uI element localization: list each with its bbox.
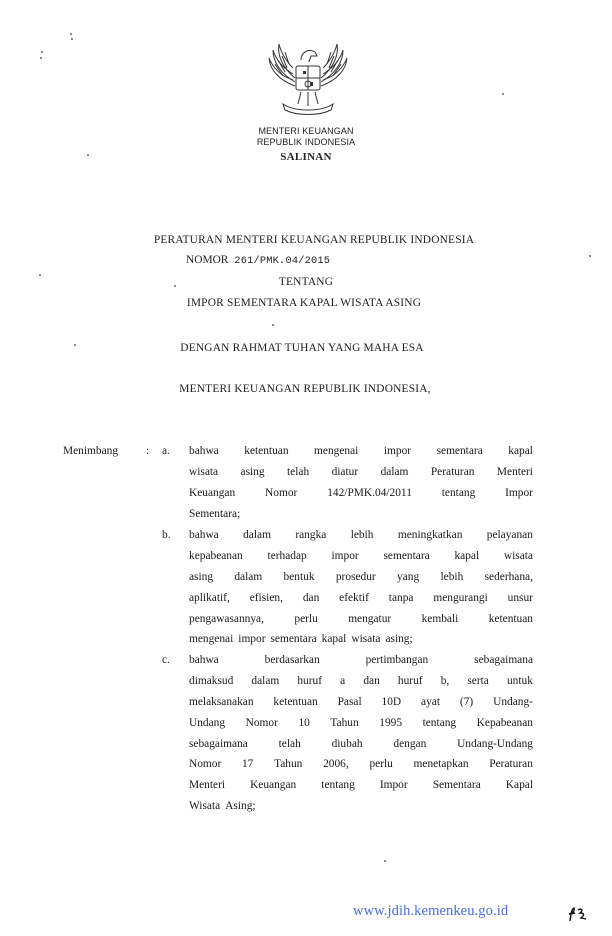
text-line: UndangNomor10Tahun1995tentangKepabeanan [189, 713, 533, 734]
regulation-number: NOMOR261/PMK.04/2015 [186, 254, 330, 267]
item-letter-b: b. [162, 529, 171, 541]
text-line: melaksanakanketentuanPasal10Dayat(7)Unda… [189, 692, 533, 713]
text-line: dimaksuddalamhurufadanhurufb,sertauntuk [189, 671, 533, 692]
menimbang-colon: : [146, 445, 149, 457]
document-page: MENTERI KEUANGAN REPUBLIK INDONESIA SALI… [0, 0, 612, 936]
text-line: mengenaiimporsementarakapalwisataasing; [189, 629, 533, 650]
garuda-emblem-icon [265, 38, 351, 122]
text-line: KeuanganNomor142/PMK.04/2011tentangImpor [189, 483, 533, 504]
text-line: sebagaimanatelahdiubahdenganUndang-Undan… [189, 734, 533, 755]
copy-mark: SALINAN [200, 151, 412, 163]
text-line: asingdalambentukproseduryanglebihsederha… [189, 567, 533, 588]
preamble-menteri: MENTERI KEUANGAN REPUBLIK INDONESIA, [0, 383, 611, 395]
text-line: WisataAsing; [189, 796, 533, 817]
regulation-title: PERATURAN MENTERI KEUANGAN REPUBLIK INDO… [8, 234, 612, 246]
text-line: kepabeananterhadapimporsementarakapalwis… [189, 546, 533, 567]
text-line: Sementara; [189, 504, 533, 525]
text-line: wisataasingtelahdiaturdalamPeraturanMent… [189, 462, 533, 483]
menimbang-label: Menimbang [63, 445, 118, 457]
initials-signature-icon [566, 905, 588, 923]
tentang-label: TENTANG [0, 276, 612, 288]
nomor-value: 261/PMK.04/2015 [234, 255, 330, 267]
text-line: Nomor17Tahun2006,perlumenetapkanPeratura… [189, 754, 533, 775]
regulation-subject: IMPOR SEMENTARA KAPAL WISATA ASING [0, 297, 610, 309]
preamble-rahmat: DENGAN RAHMAT TUHAN YANG MAHA ESA [0, 342, 608, 354]
text-line: bahwaberdasarkanpertimbangansebagaimana [189, 650, 533, 671]
text-line: bahwadalamrangkalebihmeningkatkanpelayan… [189, 525, 533, 546]
text-line: aplikatif,efisien,danefektiftanpamengura… [189, 588, 533, 609]
consideration-item-a: bahwaketentuanmengenaiimporsementarakapa… [189, 441, 533, 525]
item-letter-c: c. [162, 654, 170, 666]
item-letter-a: a. [162, 445, 170, 457]
consideration-item-b: bahwadalamrangkalebihmeningkatkanpelayan… [189, 525, 533, 650]
text-line: pengawasannya,perlumengaturkembaliketent… [189, 609, 533, 630]
nomor-label: NOMOR [186, 254, 228, 266]
consideration-item-c: bahwaberdasarkanpertimbangansebagaimanad… [189, 650, 533, 817]
text-line: bahwaketentuanmengenaiimporsementarakapa… [189, 441, 533, 462]
institution-line-1: MENTERI KEUANGAN [200, 126, 412, 136]
text-line: MenteriKeuangantentangImporSementaraKapa… [189, 775, 533, 796]
jdih-website-link[interactable]: www.jdih.kemenkeu.go.id [353, 903, 508, 920]
institution-line-2: REPUBLIK INDONESIA [200, 137, 412, 147]
